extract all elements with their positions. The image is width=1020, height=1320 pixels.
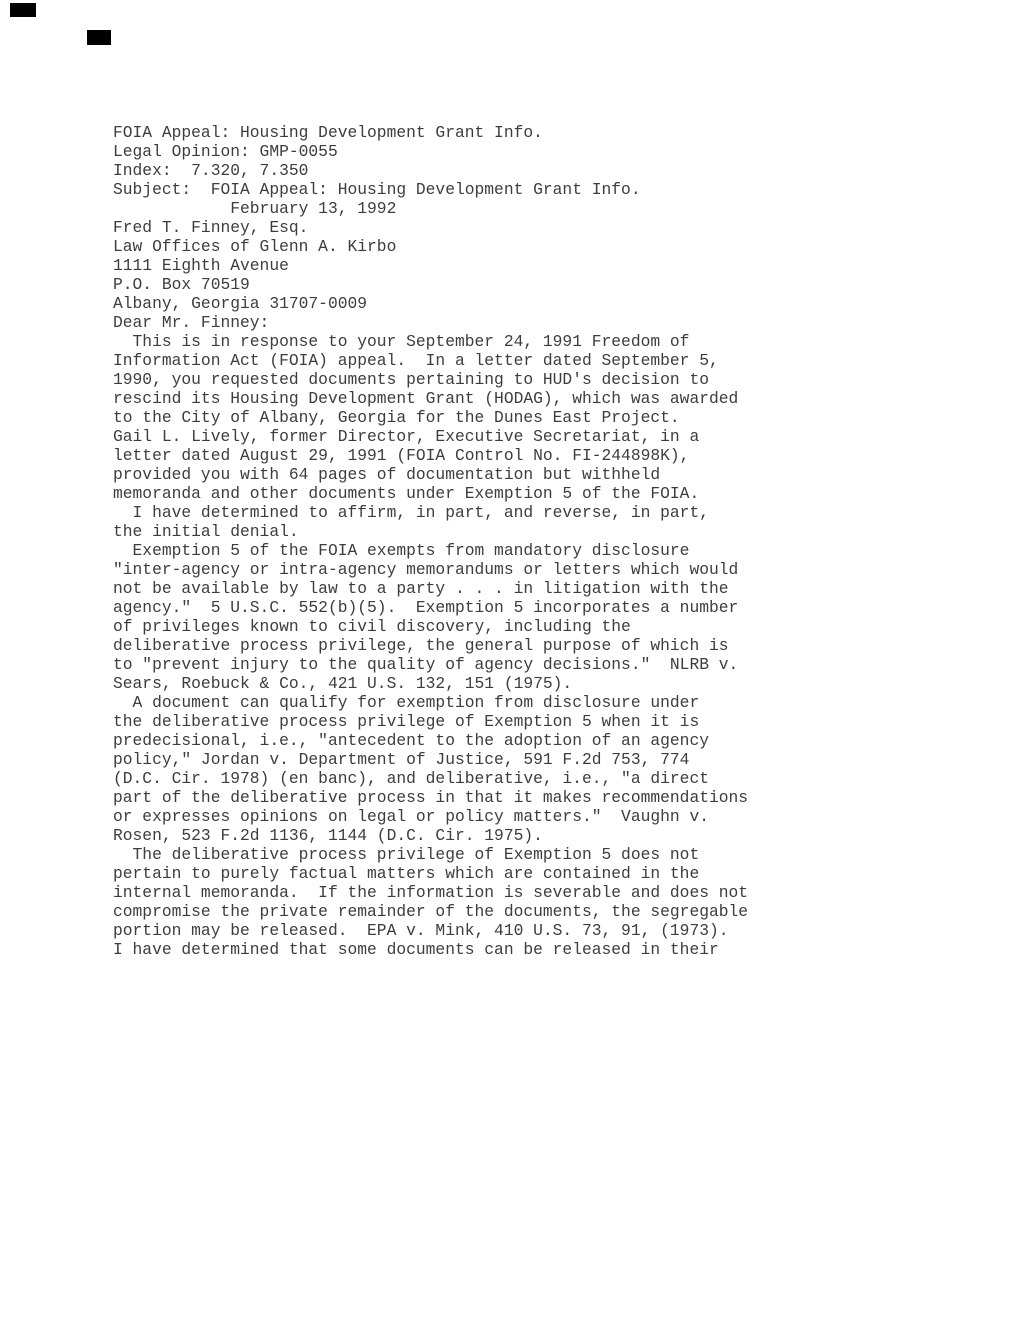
document-page: FOIA Appeal: Housing Development Grant I… (0, 0, 1020, 1320)
subject-line: Subject: FOIA Appeal: Housing Developmen… (113, 180, 973, 199)
paragraph-4: A document can qualify for exemption fro… (113, 693, 973, 845)
index-line: Index: 7.320, 7.350 (113, 161, 973, 180)
legal-opinion-line: Legal Opinion: GMP-0055 (113, 142, 973, 161)
scan-mark-1 (10, 3, 36, 17)
letter-body: FOIA Appeal: Housing Development Grant I… (113, 123, 973, 959)
scan-mark-2 (87, 30, 111, 45)
salutation: Dear Mr. Finney: (113, 313, 973, 332)
paragraph-3: Exemption 5 of the FOIA exempts from man… (113, 541, 973, 693)
document-title: FOIA Appeal: Housing Development Grant I… (113, 123, 973, 142)
paragraph-2: I have determined to affirm, in part, an… (113, 503, 973, 541)
paragraph-1: This is in response to your September 24… (113, 332, 973, 503)
paragraph-5: The deliberative process privilege of Ex… (113, 845, 973, 959)
recipient-address: Fred T. Finney, Esq. Law Offices of Glen… (113, 218, 973, 313)
date-line: February 13, 1992 (113, 199, 973, 218)
